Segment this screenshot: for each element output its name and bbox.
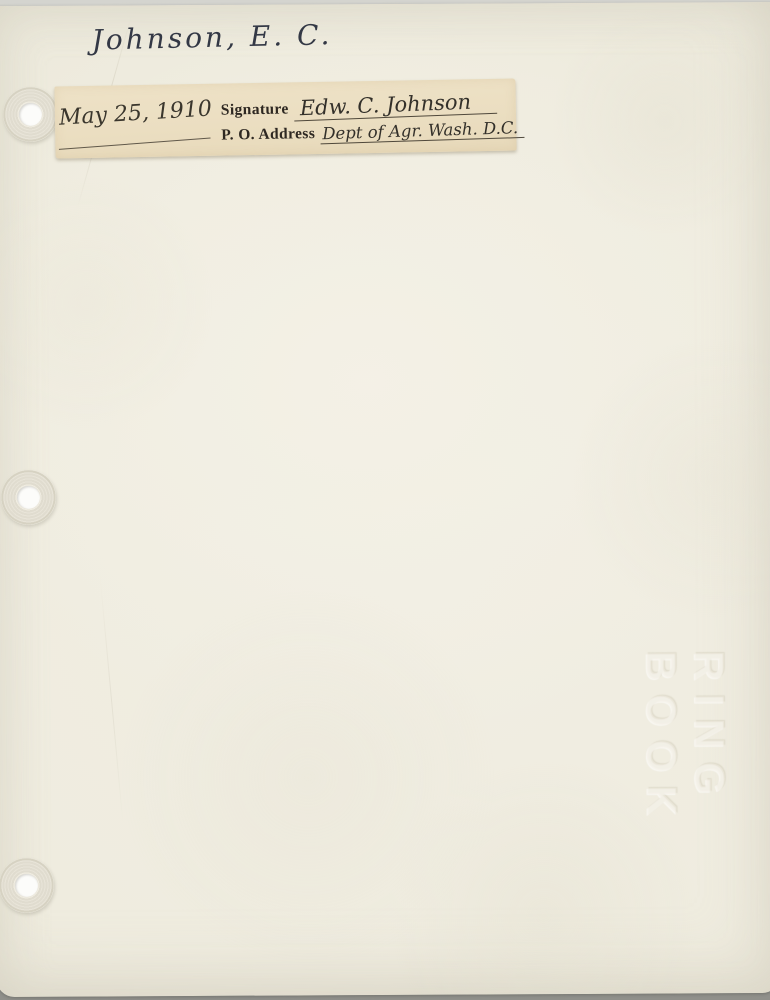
date-handwriting: May 25, 1910 [58,96,212,130]
notebook-page: Johnson, E. C. May 25, 1910 Signature Ed… [0,2,770,997]
date-underline [59,138,211,150]
binder-hole-top [3,87,58,142]
signature-label: Signature [221,100,289,119]
signature-value: Edw. C. Johnson [293,89,497,122]
date-block: May 25, 1910 [58,97,211,131]
pasted-signature-label: May 25, 1910 Signature Edw. C. Johnson P… [54,78,516,158]
embossed-watermark: RING BOOK [637,650,735,980]
po-address-label: P. O. Address [221,125,315,145]
signature-row: Signature Edw. C. Johnson [221,91,497,121]
binder-hole-middle [1,470,56,525]
paper-crease [100,576,124,825]
po-address-row: P. O. Address Dept of Agr. Wash. D.C. [221,119,524,144]
handwritten-name: Johnson, E. C. [91,18,332,56]
binder-hole-bottom [0,858,54,913]
po-address-value: Dept of Agr. Wash. D.C. [320,118,525,144]
scanned-document: { "document": { "header_name": "Johnson,… [0,0,770,1000]
